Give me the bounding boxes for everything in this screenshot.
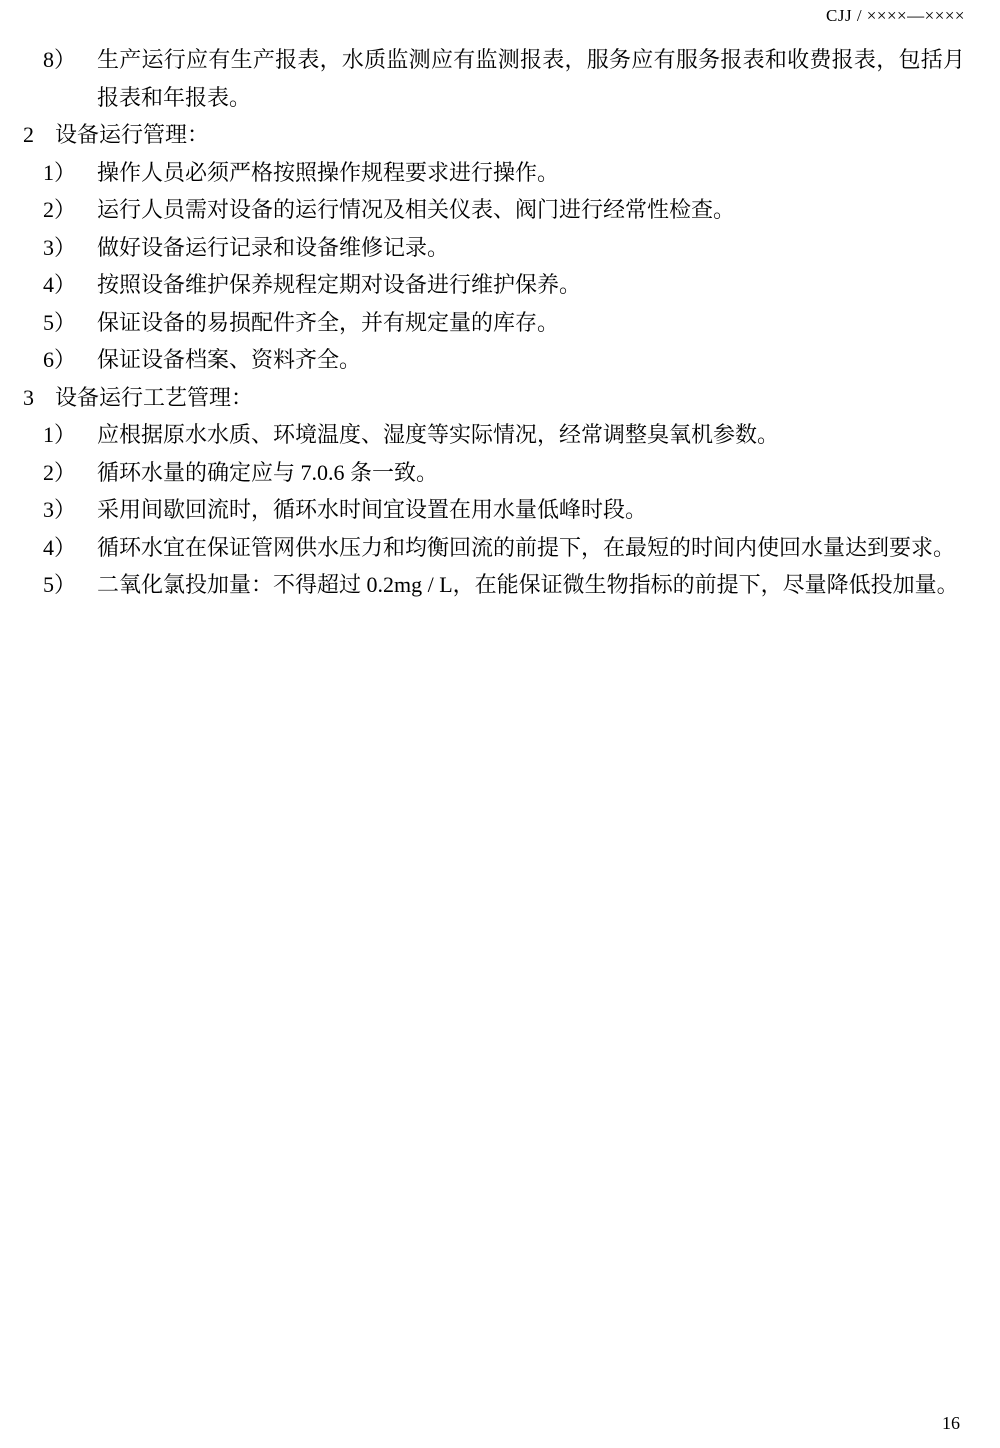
list-item: 6）保证设备档案、资料齐全。	[0, 341, 965, 379]
list-item: 1）操作人员必须严格按照操作规程要求进行操作。	[0, 154, 965, 192]
section-heading: 3设备运行工艺管理：	[0, 379, 965, 417]
list-item-text: 二氧化氯投加量：不得超过 0.2mg / L，在能保证微生物指标的前提下，尽量降…	[97, 572, 959, 597]
list-item-text: 保证设备的易损配件齐全，并有规定量的库存。	[97, 310, 559, 335]
document-page: CJJ / ××××—×××× 8）生产运行应有生产报表，水质监测应有监测报表，…	[0, 0, 1000, 1448]
section-title: 设备运行管理：	[55, 122, 209, 147]
list-item-number: 1）	[43, 154, 76, 192]
list-item: 4）循环水宜在保证管网供水压力和均衡回流的前提下，在最短的时间内使回水量达到要求…	[0, 529, 965, 567]
list-item-number: 3）	[43, 491, 76, 529]
list-item-number: 6）	[43, 341, 76, 379]
page-number: 16	[942, 1413, 960, 1433]
list-item-text: 保证设备档案、资料齐全。	[97, 347, 361, 372]
list-item: 8）生产运行应有生产报表，水质监测应有监测报表，服务应有服务报表和收费报表，包括…	[0, 41, 965, 116]
list-item: 3）做好设备运行记录和设备维修记录。	[0, 229, 965, 267]
section-title: 设备运行工艺管理：	[55, 385, 253, 410]
list-item-number: 5）	[43, 566, 76, 604]
list-item-text: 运行人员需对设备的运行情况及相关仪表、阀门进行经常性检查。	[97, 197, 735, 222]
list-item: 5）二氧化氯投加量：不得超过 0.2mg / L，在能保证微生物指标的前提下，尽…	[0, 566, 965, 604]
list-item-number: 8）	[43, 41, 76, 79]
section-number: 3	[23, 379, 34, 417]
list-item-text: 循环水量的确定应与 7.0.6 条一致。	[97, 460, 438, 485]
list-item-text: 循环水宜在保证管网供水压力和均衡回流的前提下，在最短的时间内使回水量达到要求。	[97, 535, 955, 560]
section-number: 2	[23, 116, 34, 154]
list-item-text: 操作人员必须严格按照操作规程要求进行操作。	[97, 160, 559, 185]
list-item-number: 4）	[43, 529, 76, 567]
section-heading: 2设备运行管理：	[0, 116, 965, 154]
list-item-text: 采用间歇回流时，循环水时间宜设置在用水量低峰时段。	[97, 497, 647, 522]
list-item: 4）按照设备维护保养规程定期对设备进行维护保养。	[0, 266, 965, 304]
page-footer: 16	[942, 1413, 960, 1434]
list-item-number: 2）	[43, 454, 76, 492]
list-item-number: 3）	[43, 229, 76, 267]
doc-code: CJJ / ××××—××××	[826, 6, 965, 25]
list-item: 2）运行人员需对设备的运行情况及相关仪表、阀门进行经常性检查。	[0, 191, 965, 229]
list-item-number: 4）	[43, 266, 76, 304]
list-item-text: 做好设备运行记录和设备维修记录。	[97, 235, 449, 260]
list-item-text: 应根据原水水质、环境温度、湿度等实际情况，经常调整臭氧机参数。	[97, 422, 779, 447]
list-item-text: 生产运行应有生产报表，水质监测应有监测报表，服务应有服务报表和收费报表，包括月报…	[97, 47, 965, 110]
list-item: 3）采用间歇回流时，循环水时间宜设置在用水量低峰时段。	[0, 491, 965, 529]
list-item-text: 按照设备维护保养规程定期对设备进行维护保养。	[97, 272, 581, 297]
list-item-number: 1）	[43, 416, 76, 454]
document-body: 8）生产运行应有生产报表，水质监测应有监测报表，服务应有服务报表和收费报表，包括…	[0, 41, 1000, 604]
list-item: 1）应根据原水水质、环境温度、湿度等实际情况，经常调整臭氧机参数。	[0, 416, 965, 454]
list-item-number: 2）	[43, 191, 76, 229]
list-item: 5）保证设备的易损配件齐全，并有规定量的库存。	[0, 304, 965, 342]
list-item-number: 5）	[43, 304, 76, 342]
list-item: 2）循环水量的确定应与 7.0.6 条一致。	[0, 454, 965, 492]
page-header: CJJ / ××××—××××	[0, 6, 965, 26]
